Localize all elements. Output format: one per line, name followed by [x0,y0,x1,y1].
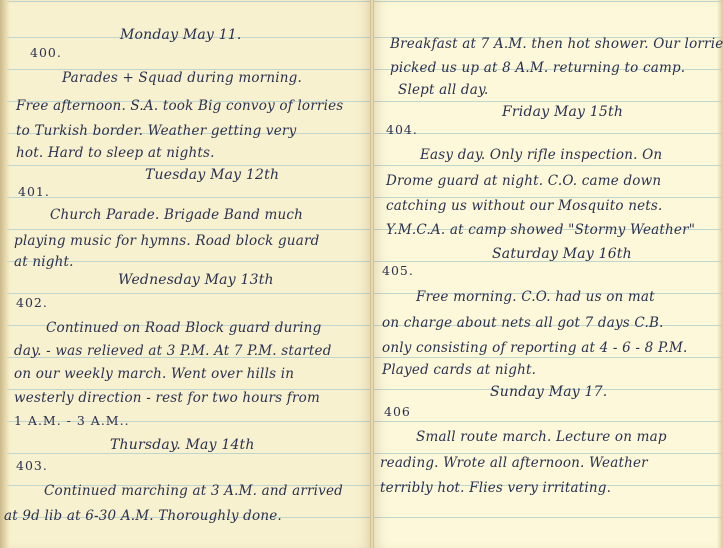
entry-line: hot. Hard to sleep at nights. [16,145,215,161]
page-edge [717,0,723,548]
entry-line: Drome guard at night. C.O. came down [386,173,661,189]
entry-line: westerly direction - rest for two hours … [14,390,320,406]
entry-line: Free morning. C.O. had us on mat [416,289,655,305]
book-spine [370,0,374,548]
entry-heading: Wednesday May 13th [118,272,274,288]
entry-number: 405. [382,263,414,278]
page-edge [0,0,10,548]
entry-line: on our weekly march. Went over hills in [14,366,294,382]
entry-number: 400. [30,45,62,60]
entry-line: at 9d lib at 6-30 A.M. Thoroughly done. [4,508,282,524]
entry-heading: Friday May 15th [502,104,623,120]
entry-line: Free afternoon. S.A. took Big convoy of … [16,98,343,114]
entry-line: Slept all day. [398,82,489,98]
entry-line: Continued marching at 3 A.M. and arrived [44,483,343,499]
entry-line: at night. [14,254,74,270]
entry-line: Small route march. Lecture on map [416,429,667,445]
entry-line: day. - was relieved at 3 P.M. At 7 P.M. … [14,343,332,359]
entry-heading: Sunday May 17. [490,384,607,400]
entry-line: Played cards at night. [382,362,536,378]
entry-line: Y.M.C.A. at camp showed "Stormy Weather" [386,222,695,238]
left-page: Monday May 11. 400. Parades + Squad duri… [0,0,372,548]
entry-line: Continued on Road Block guard during [46,320,321,336]
entry-line: to Turkish border. Weather getting very [16,123,296,139]
entry-line: Easy day. Only rifle inspection. On [420,147,662,163]
entry-line: terribly hot. Flies very irritating. [380,480,611,496]
entry-number: 403. [16,458,48,473]
entry-line: on charge about nets all got 7 days C.B. [382,315,664,331]
entry-line: Breakfast at 7 A.M. then hot shower. Our… [390,36,723,52]
entry-heading: Saturday May 16th [492,246,632,262]
entry-line: 1 A.M. - 3 A.M.. [14,413,130,428]
entry-heading: Thursday. May 14th [110,437,255,453]
right-page: Breakfast at 7 A.M. then hot shower. Our… [372,0,723,548]
entry-number: 406 [384,404,411,419]
diary-spread: Monday May 11. 400. Parades + Squad duri… [0,0,723,548]
entry-line: Parades + Squad during morning. [62,70,302,86]
entry-number: 402. [16,295,48,310]
entry-line: catching us without our Mosquito nets. [386,198,663,214]
entry-line: playing music for hymns. Road block guar… [14,233,319,249]
entry-number: 404. [386,122,418,137]
entry-heading: Tuesday May 12th [145,167,279,183]
entry-line: Church Parade. Brigade Band much [50,207,303,223]
entry-heading: Monday May 11. [120,27,242,43]
entry-line: only consisting of reporting at 4 - 6 - … [382,340,688,356]
entry-number: 401. [18,184,50,199]
entry-line: picked us up at 8 A.M. returning to camp… [390,60,685,76]
entry-line: reading. Wrote all afternoon. Weather [380,455,648,471]
